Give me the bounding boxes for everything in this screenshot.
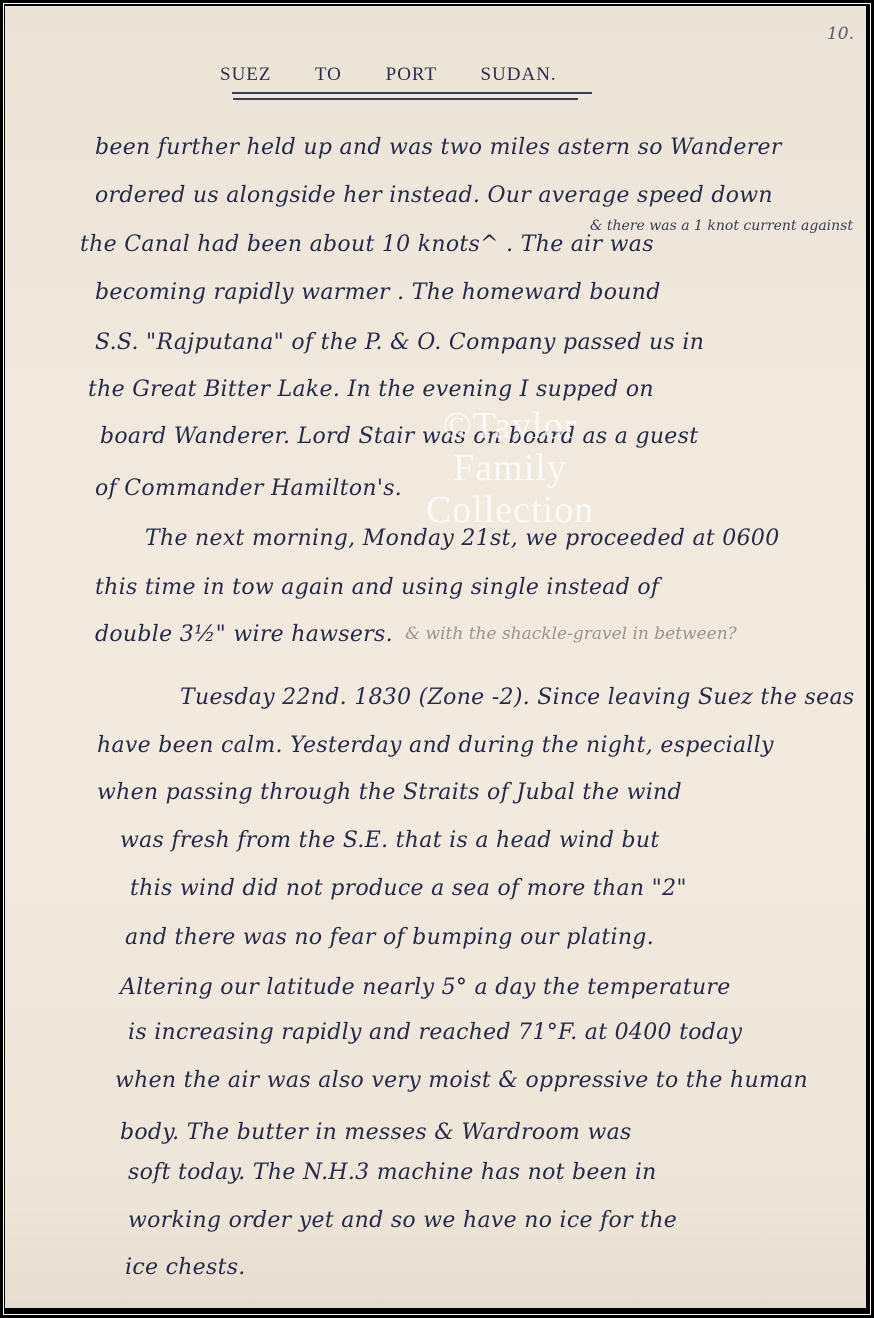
text-line: is increasing rapidly and reached 71°F. …	[128, 1020, 742, 1045]
text-line: becoming rapidly warmer . The homeward b…	[95, 280, 661, 305]
text-line: double 3½" wire hawsers.	[95, 622, 393, 647]
text-line: ice chests.	[125, 1255, 246, 1280]
annotation-text: & there was a 1 knot current against	[590, 218, 853, 234]
text-line: soft today. The N.H.3 machine has not be…	[128, 1160, 657, 1185]
text-line: when passing through the Straits of Juba…	[97, 780, 682, 805]
text-line: of Commander Hamilton's.	[95, 476, 402, 501]
title-underline	[233, 98, 578, 100]
text-line: this wind did not produce a sea of more …	[130, 876, 687, 901]
text-line: Tuesday 22nd. 1830 (Zone -2). Since leav…	[180, 685, 854, 710]
page-title: SUEZ TO PORT SUDAN.	[220, 64, 600, 86]
text-line: have been calm. Yesterday and during the…	[97, 733, 774, 758]
manuscript-page: 10. SUEZ TO PORT SUDAN. been further hel…	[5, 6, 866, 1308]
text-line: board Wanderer. Lord Stair was on board …	[100, 424, 698, 449]
text-line: was fresh from the S.E. that is a head w…	[120, 828, 660, 853]
text-line: body. The butter in messes & Wardroom wa…	[120, 1120, 632, 1145]
text-line: Altering our latitude nearly 5° a day th…	[120, 975, 731, 1000]
text-line: been further held up and was two miles a…	[95, 135, 782, 160]
annotation-text: & with the shackle-gravel in between?	[405, 624, 737, 644]
watermark-line: Family	[385, 448, 635, 490]
text-line: this time in tow again and using single …	[95, 575, 659, 600]
page-number: 10.	[827, 24, 854, 44]
text-line: S.S. "Rajputana" of the P. & O. Company …	[95, 330, 704, 355]
text-line: the Great Bitter Lake. In the evening I …	[88, 377, 654, 402]
text-line: The next morning, Monday 21st, we procee…	[145, 526, 780, 551]
text-line: and there was no fear of bumping our pla…	[125, 925, 654, 950]
text-line: when the air was also very moist & oppre…	[115, 1068, 808, 1093]
title-underline	[232, 92, 592, 94]
text-line: ordered us alongside her instead. Our av…	[95, 183, 773, 208]
text-line: working order yet and so we have no ice …	[128, 1208, 677, 1233]
text-line: the Canal had been about 10 knots^ . The…	[80, 232, 654, 257]
